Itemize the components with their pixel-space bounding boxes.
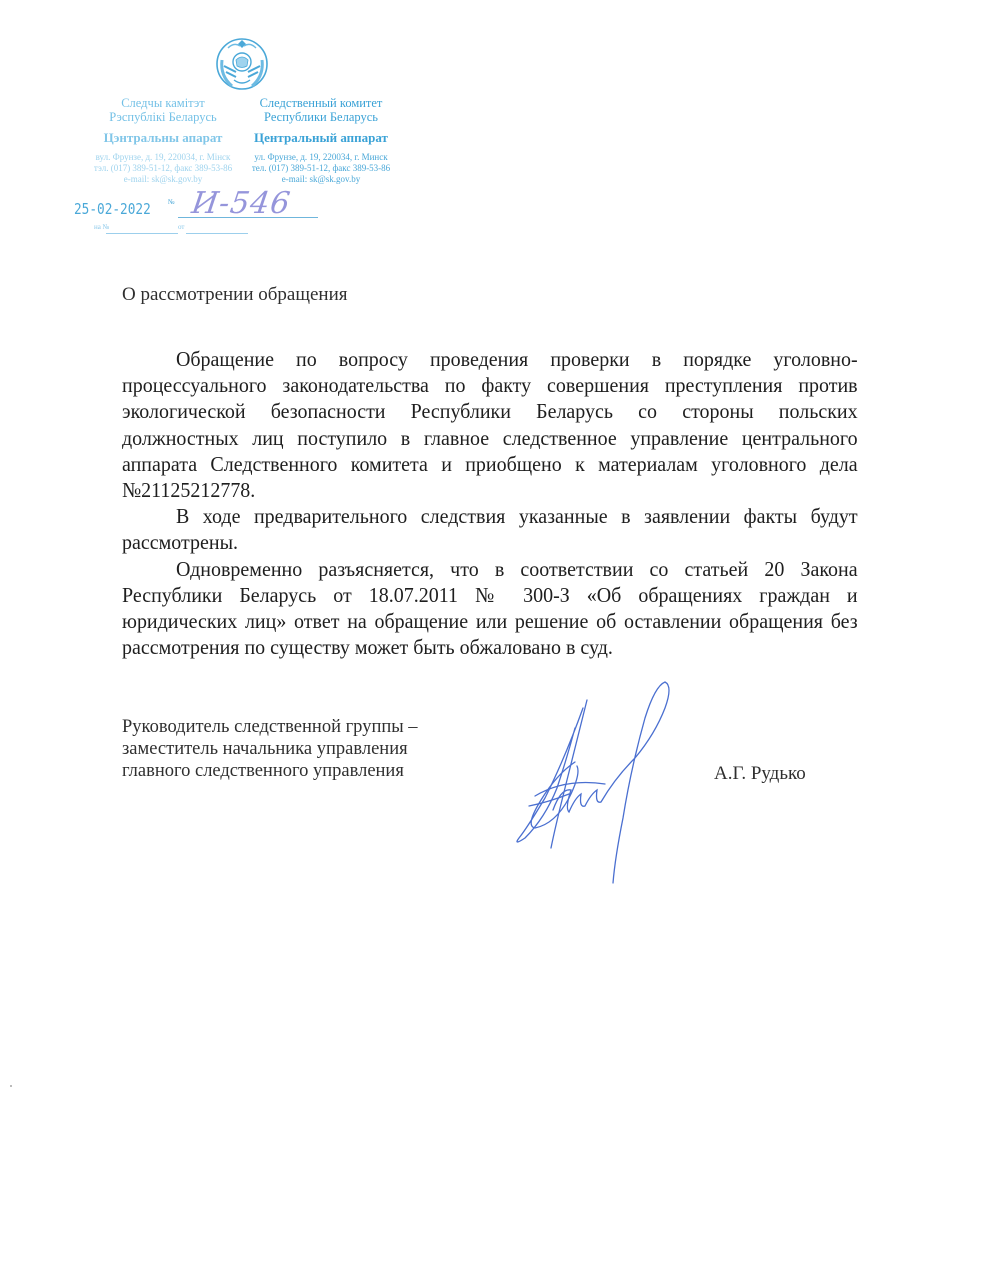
address-line1-ru: ул. Фрунзе, д. 19, 220034, г. Минск	[246, 152, 396, 163]
scan-speck	[10, 1085, 12, 1087]
body-paragraph: Одновременно разъясняется, что в соответ…	[122, 556, 858, 661]
reference-number-underline	[106, 233, 178, 234]
reference-date-label: от	[178, 223, 184, 231]
signer-title-line: Руководитель следственной группы –	[122, 716, 418, 738]
handwritten-signature-icon	[505, 678, 705, 888]
letterhead-belarusian: Следчы камітэт Рэспублікі Беларусь Цэнтр…	[88, 96, 238, 185]
org-name-line1-be: Следчы камітэт	[88, 96, 238, 110]
address-line2-be: тэл. (017) 389-51-12, факс 389-53-86	[88, 163, 238, 174]
letter-body: Обращение по вопросу проведения проверки…	[122, 346, 806, 660]
body-paragraph: Обращение по вопросу проведения проверки…	[122, 346, 858, 503]
department-ru: Центральный аппарат	[246, 130, 396, 145]
handwritten-reg-number: И-546	[190, 186, 293, 221]
letterhead: Следчы камітэт Рэспублікі Беларусь Цэнтр…	[88, 34, 398, 244]
department-be: Цэнтральны апарат	[88, 130, 238, 145]
signer-title: Руководитель следственной группы – замес…	[122, 716, 418, 782]
outgoing-date-stamp: 25-02-2022	[74, 200, 151, 218]
org-name-line1-ru: Следственный комитет	[246, 96, 396, 110]
signer-title-line: главного следственного управления	[122, 760, 418, 782]
reference-line: на № от	[94, 226, 244, 236]
body-paragraph: В ходе предварительного следствия указан…	[122, 503, 858, 555]
signer-title-line: заместитель начальника управления	[122, 738, 418, 760]
email-ru: e-mail: sk@sk.gov.by	[246, 174, 396, 185]
reference-date-underline	[186, 233, 248, 234]
email-be: e-mail: sk@sk.gov.by	[88, 174, 238, 185]
org-name-line2-ru: Республики Беларусь	[246, 110, 396, 124]
outgoing-date-number: 25-02-2022 № И-546	[74, 198, 244, 222]
reference-prefix: на №	[94, 223, 109, 231]
letterhead-russian: Следственный комитет Республики Беларусь…	[246, 96, 396, 185]
number-prefix: №	[168, 198, 175, 206]
address-line1-be: вул. Фрунзе, д. 19, 220034, г. Мінск	[88, 152, 238, 163]
letter-subject: О рассмотрении обращения	[122, 284, 348, 306]
signer-name: А.Г. Рудько	[714, 763, 806, 785]
org-name-line2-be: Рэспублікі Беларусь	[88, 110, 238, 124]
state-emblem-icon	[214, 36, 270, 92]
letter-page: Следчы камітэт Рэспублікі Беларусь Цэнтр…	[0, 0, 991, 1280]
address-line2-ru: тел. (017) 389-51-12, факс 389-53-86	[246, 163, 396, 174]
